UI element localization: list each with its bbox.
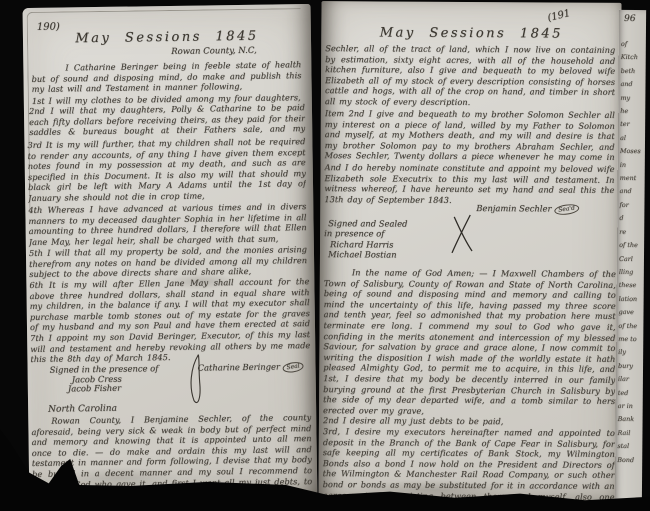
beringer-will-item-2: 2nd I will that my daughters, Polly & Ca… [29, 102, 305, 139]
north-carolina-heading: North Carolina [48, 404, 117, 415]
beringer-will-item-6: 6th It is my will after Ellen Jane May s… [29, 276, 310, 333]
will-book-scan: 190) May Sessions 1845 Rowan County, N.C… [0, 0, 650, 511]
left-session-heading: May Sessions 1845 [23, 28, 311, 47]
sechler-will-item-2: Item 2nd I give and bequeath to my broth… [325, 108, 615, 164]
left-page: 190) May Sessions 1845 Rowan County, N.C… [23, 4, 318, 506]
beringer-will-item-5: 5th I will that all my property be sold,… [29, 244, 307, 280]
chambers-clause-1: 1st, I desire that my body be decently i… [323, 373, 615, 417]
edge-text-fragments: of Kitch beth and my he ter al Moses in … [617, 38, 645, 494]
beringer-will-item-4: 4th Whereas I have advanced at various t… [28, 201, 307, 248]
edge-page-number: 96 [624, 14, 636, 24]
beringer-signature: Catharine BeringerSeal [198, 361, 305, 373]
beringer-will-item-3: 3rd It is my will further, that my child… [27, 136, 306, 204]
left-witness-2: Jacob Fisher [68, 383, 121, 394]
beringer-will-intro: I Catharine Beringer being in feeble sta… [31, 59, 301, 96]
beringer-will-item-7: 7th I appoint my son David Beringer, Exe… [30, 329, 310, 365]
chambers-will-opening: In the name of God Amen; — I Maxwell Cha… [323, 267, 616, 375]
beringer-seal-mark: Seal [282, 360, 304, 373]
right-witness-2: Michael Bostian [328, 249, 397, 259]
sechler-signature: Benjamin SechlerSea'd [476, 203, 579, 214]
left-county-subheading: Rowan County, N.C, [171, 46, 257, 57]
sechler-executrix-clause: And I do hereby nominate constitute and … [324, 162, 614, 206]
right-page: (191 May Sessions 1845 Sechler, all of t… [318, 1, 621, 507]
right-page-number: (191 [546, 8, 571, 24]
sechler-seal-mark: Sea'd [554, 202, 580, 215]
ink-flourish-loop [185, 353, 208, 405]
beringer-signature-name: Catharine Beringer [198, 361, 280, 372]
sechler-item-first: Item 1st I give to my dearly beloved wif… [55, 488, 307, 504]
next-page-edge: 96 of Kitch beth and my he ter al Moses … [615, 10, 646, 504]
sechler-will-continuation: Sechler, all of the tract of land, which… [325, 43, 615, 109]
right-session-heading: May Sessions 1845 [321, 25, 621, 42]
right-attestation-line-1: Signed and Sealed [328, 218, 407, 228]
ink-x-mark [450, 214, 476, 254]
sechler-will-opening: Rowan County, I Benjamine Sechler, of th… [31, 412, 312, 493]
sechler-signature-name: Benjamin Sechler [476, 203, 551, 213]
chambers-clause-3: 3rd, I desire my executors hereinafter n… [322, 426, 614, 503]
right-witness-1: Richard Harris [330, 239, 393, 249]
right-attestation-line-2: in presence of [324, 228, 384, 238]
